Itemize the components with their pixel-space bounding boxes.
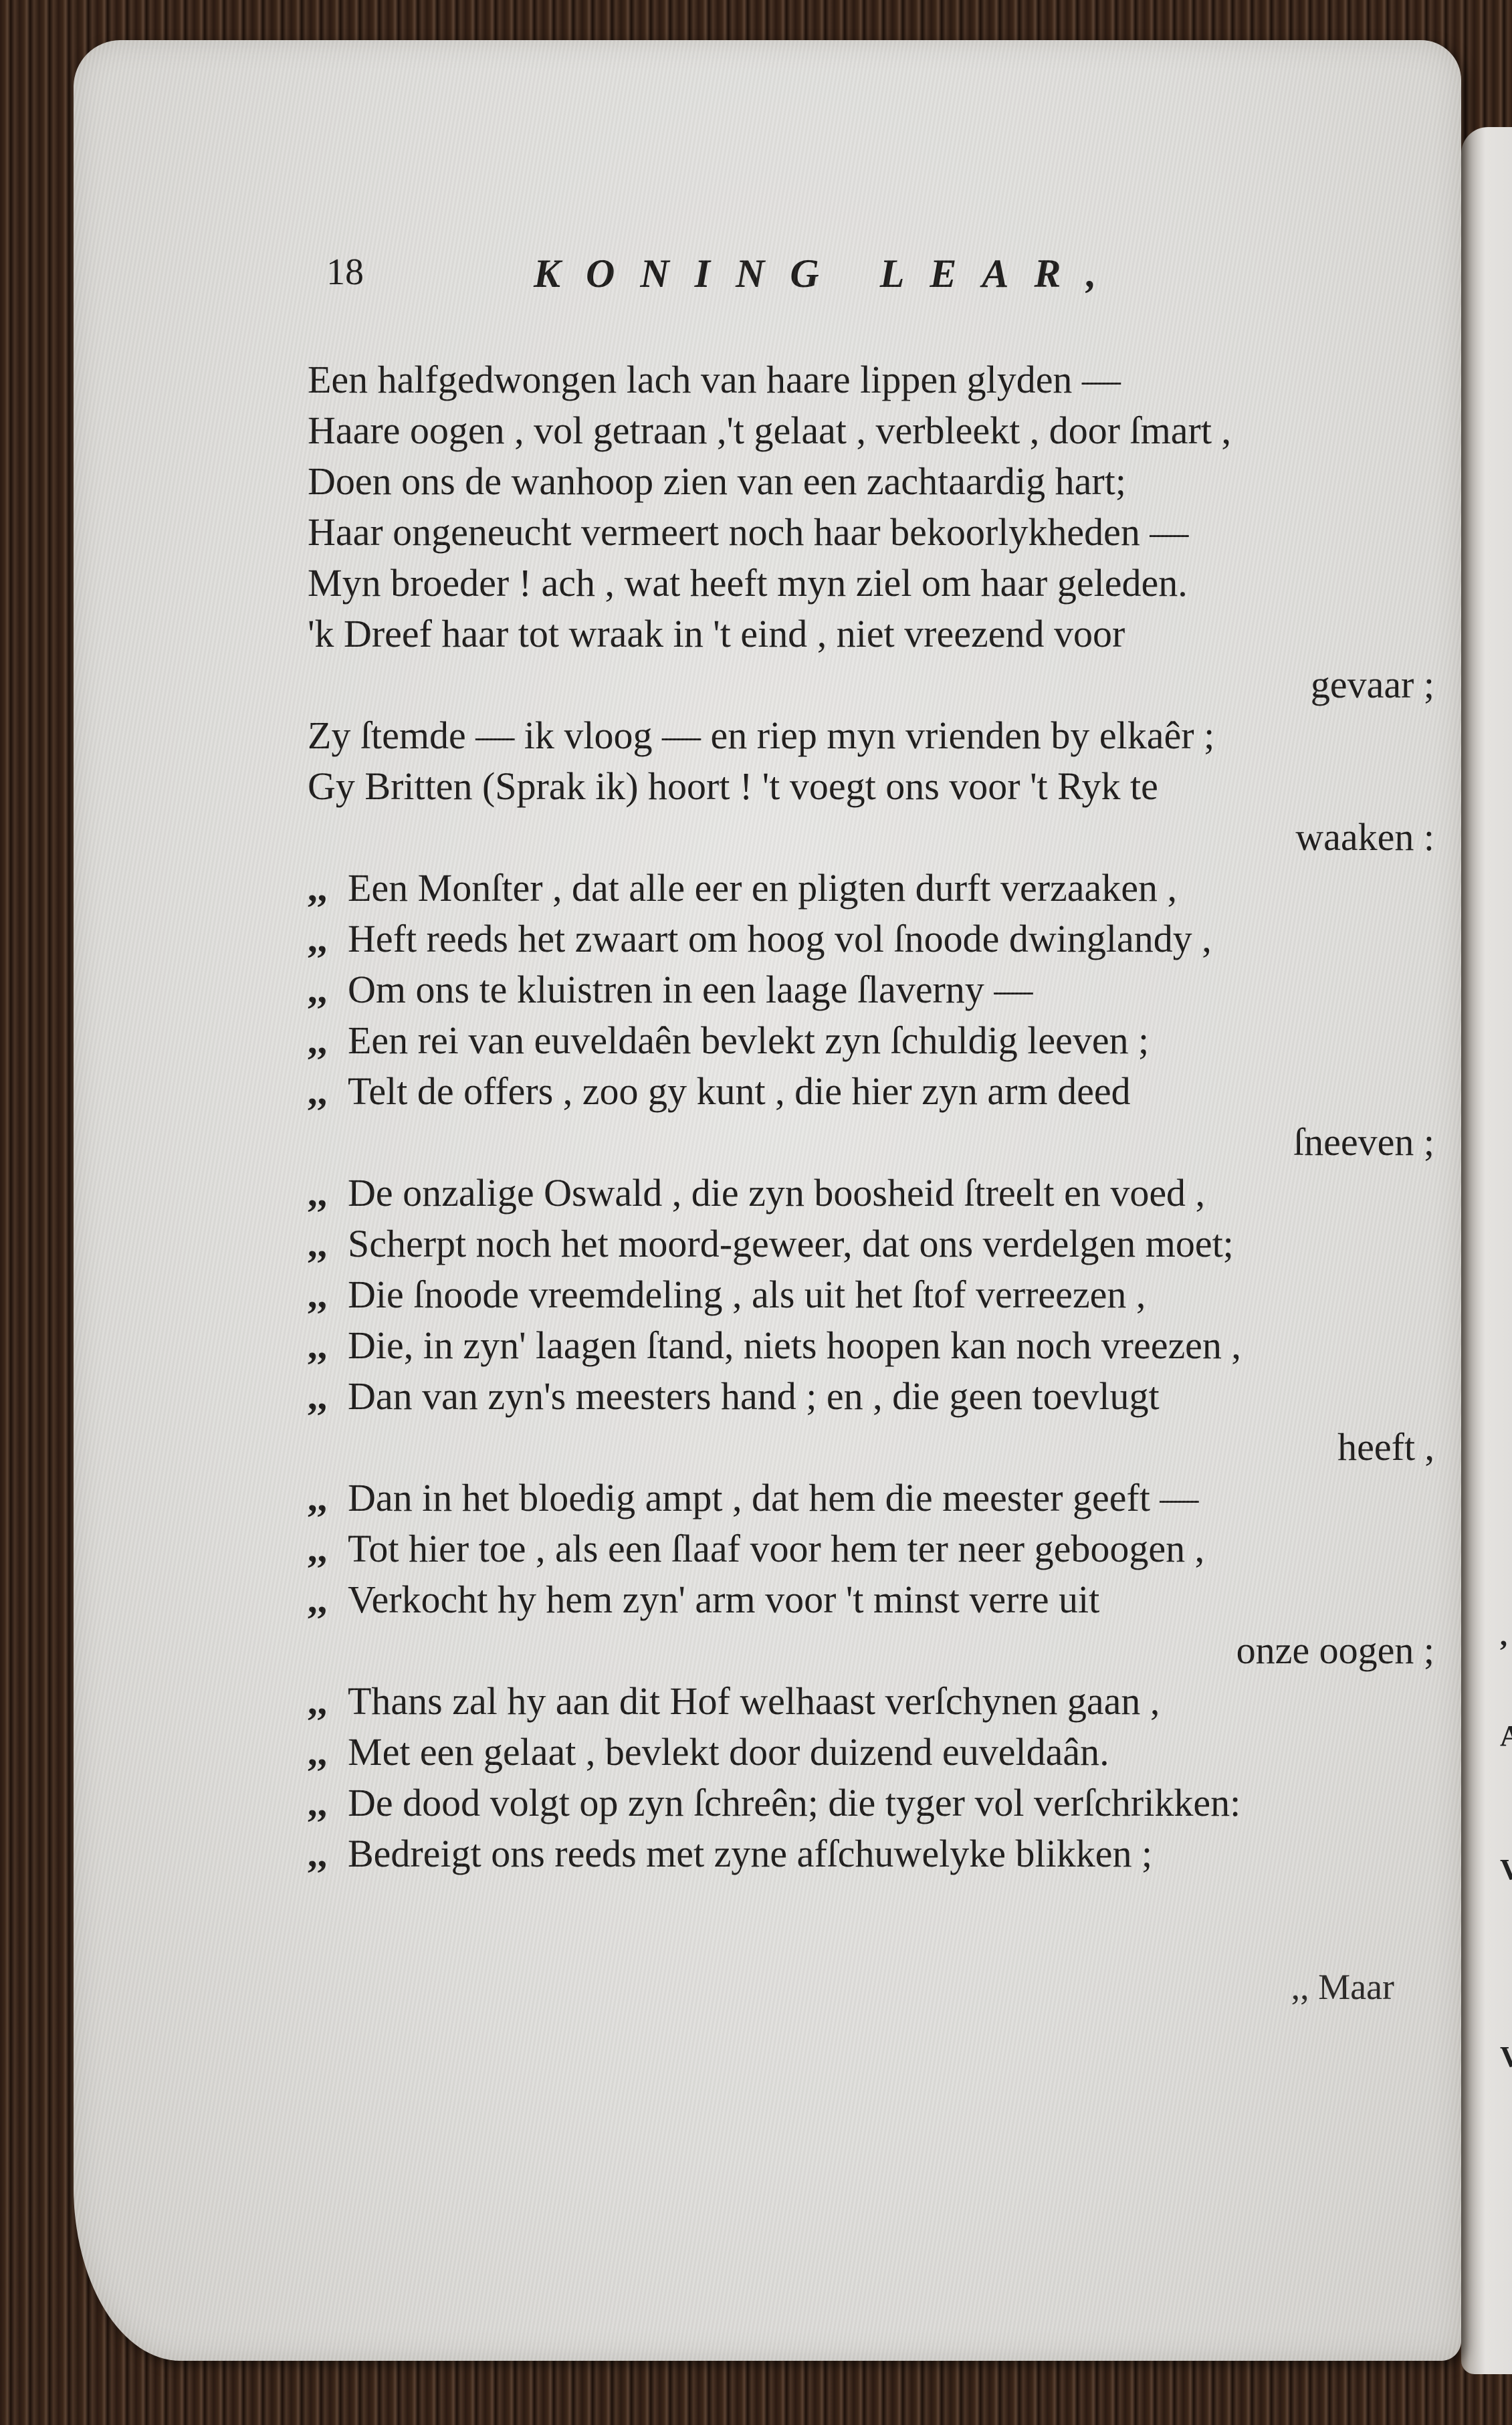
verse-line-text: Een Monſter , dat alle eer en pligten du…: [348, 863, 1177, 914]
verse-line: Haar ongeneucht vermeert noch haar bekoo…: [308, 507, 1444, 558]
verse-line: ,,Scherpt noch het moord-geweer, dat ons…: [308, 1219, 1444, 1269]
verse-line-continuation: gevaar ;: [308, 659, 1444, 710]
verse-line: Zy ſtemde — ik vloog — en riep myn vrien…: [308, 710, 1444, 761]
verse-line: ,,Verkocht hy hem zyn' arm voor 't minst…: [308, 1574, 1444, 1625]
verse-line-text: De onzalige Oswald , die zyn boosheid ſt…: [348, 1168, 1205, 1219]
verse-line: ,,Die ſnoode vreemdeling , als uit het ſ…: [308, 1269, 1444, 1320]
verse-line: ,,Bedreigt ons reeds met zyne afſchuwely…: [308, 1828, 1444, 1879]
verse-text: Een halfgedwongen lach van haare lippen …: [308, 354, 1444, 1879]
verse-line: 'k Dreef haar tot wraak in 't eind , nie…: [308, 609, 1444, 659]
verse-line-text: Verkocht hy hem zyn' arm voor 't minst v…: [348, 1574, 1099, 1625]
verse-line-text: Scherpt noch het moord-geweer, dat ons v…: [348, 1219, 1234, 1269]
page-number: 18: [326, 251, 364, 294]
quotation-mark: ,,: [308, 1574, 348, 1625]
verse-line: ,,Telt de offers , zoo gy kunt , die hie…: [308, 1066, 1444, 1117]
verse-line: ,,Die, in zyn' laagen ſtand, niets hoope…: [308, 1320, 1444, 1371]
verse-line-text: Heft reeds het zwaart om hoog vol ſnoode…: [348, 914, 1212, 964]
adjacent-page-fragment: V: [1500, 2040, 1512, 2074]
adjacent-page-fragment: V: [1500, 1853, 1512, 1887]
verse-line: Doen ons de wanhoop zien van een zachtaa…: [308, 456, 1444, 507]
running-title: KONING LEAR,: [534, 251, 1121, 297]
verse-line-text: Myn broeder ! ach , wat heeft myn ziel o…: [308, 558, 1188, 609]
verse-line-text: Haar ongeneucht vermeert noch haar bekoo…: [308, 507, 1188, 558]
quotation-mark: ,,: [308, 1219, 348, 1269]
quotation-mark: ,,: [308, 1727, 348, 1778]
verse-line: ,,Met een gelaat , bevlekt door duizend …: [308, 1727, 1444, 1778]
quotation-mark: ,,: [308, 1015, 348, 1066]
verse-line-continuation: onze oogen ;: [308, 1625, 1444, 1676]
quotation-mark: ,,: [308, 1778, 348, 1828]
verse-line-text: Dan van zyn's meesters hand ; en , die g…: [348, 1371, 1160, 1422]
verse-line-text: Haare oogen , vol getraan ,'t gelaat , v…: [308, 405, 1231, 456]
verse-line: Haare oogen , vol getraan ,'t gelaat , v…: [308, 405, 1444, 456]
verse-line-text: Om ons te kluistren in een laage ſlavern…: [348, 964, 1033, 1015]
verse-line: ,,Een rei van euveldaên bevlekt zyn ſchu…: [308, 1015, 1444, 1066]
verse-line-text: Die, in zyn' laagen ſtand, niets hoopen …: [348, 1320, 1241, 1371]
page-header: 18 KONING LEAR,: [326, 251, 1329, 311]
verse-line: Gy Britten (Sprak ik) hoort ! 't voegt o…: [308, 761, 1444, 812]
quotation-mark: ,,: [308, 1676, 348, 1727]
quotation-mark: ,,: [308, 964, 348, 1015]
adjacent-page-edge: , A V V: [1461, 127, 1512, 2374]
verse-line: Myn broeder ! ach , wat heeft myn ziel o…: [308, 558, 1444, 609]
verse-line-text: Doen ons de wanhoop zien van een zachtaa…: [308, 456, 1126, 507]
book-page: 18 KONING LEAR, Een halfgedwongen lach v…: [74, 40, 1461, 2361]
verse-line: ,,Heft reeds het zwaart om hoog vol ſnoo…: [308, 914, 1444, 964]
verse-line-continuation: heeft ,: [308, 1422, 1444, 1473]
verse-line: ,,Tot hier toe , als een ſlaaf voor hem …: [308, 1523, 1444, 1574]
verse-line-text: De dood volgt op zyn ſchreên; die tyger …: [348, 1778, 1240, 1828]
verse-line: ,,Dan van zyn's meesters hand ; en , die…: [308, 1371, 1444, 1422]
verse-line-text: Bedreigt ons reeds met zyne afſchuwelyke…: [348, 1828, 1152, 1879]
verse-line-text: Tot hier toe , als een ſlaaf voor hem te…: [348, 1523, 1204, 1574]
verse-line: ,,Thans zal hy aan dit Hof welhaast verſ…: [308, 1676, 1444, 1727]
verse-line-text: Een halfgedwongen lach van haare lippen …: [308, 354, 1121, 405]
verse-line-text: Dan in het bloedig ampt , dat hem die me…: [348, 1473, 1198, 1523]
quotation-mark: ,,: [308, 914, 348, 964]
verse-line-continuation: ſneeven ;: [308, 1117, 1444, 1168]
quotation-mark: ,,: [308, 1168, 348, 1219]
catchword: ,, Maar: [1291, 1966, 1394, 2008]
quotation-mark: ,,: [308, 1066, 348, 1117]
verse-line-text: Een rei van euveldaên bevlekt zyn ſchuld…: [348, 1015, 1149, 1066]
verse-line: ,,Dan in het bloedig ampt , dat hem die …: [308, 1473, 1444, 1523]
verse-line-text: Telt de offers , zoo gy kunt , die hier …: [348, 1066, 1131, 1117]
adjacent-page-fragment: ,: [1500, 1618, 1507, 1653]
verse-line: ,,De onzalige Oswald , die zyn boosheid …: [308, 1168, 1444, 1219]
verse-line: ,,De dood volgt op zyn ſchreên; die tyge…: [308, 1778, 1444, 1828]
quotation-mark: ,,: [308, 863, 348, 914]
quotation-mark: ,,: [308, 1269, 348, 1320]
quotation-mark: ,,: [308, 1523, 348, 1574]
quotation-mark: ,,: [308, 1828, 348, 1879]
adjacent-page-fragment: A: [1500, 1719, 1512, 1753]
verse-line-text: Met een gelaat , bevlekt door duizend eu…: [348, 1727, 1109, 1778]
verse-line-text: 'k Dreef haar tot wraak in 't eind , nie…: [308, 609, 1125, 659]
quotation-mark: ,,: [308, 1473, 348, 1523]
verse-line-text: Thans zal hy aan dit Hof welhaast verſch…: [348, 1676, 1160, 1727]
quotation-mark: ,,: [308, 1320, 348, 1371]
verse-line-continuation: waaken :: [308, 812, 1444, 863]
verse-line: ,,Om ons te kluistren in een laage ſlave…: [308, 964, 1444, 1015]
quotation-mark: ,,: [308, 1371, 348, 1422]
verse-line-text: Die ſnoode vreemdeling , als uit het ſto…: [348, 1269, 1146, 1320]
verse-line: Een halfgedwongen lach van haare lippen …: [308, 354, 1444, 405]
verse-line: ,,Een Monſter , dat alle eer en pligten …: [308, 863, 1444, 914]
verse-line-text: Zy ſtemde — ik vloog — en riep myn vrien…: [308, 710, 1214, 761]
verse-line-text: Gy Britten (Sprak ik) hoort ! 't voegt o…: [308, 761, 1158, 812]
